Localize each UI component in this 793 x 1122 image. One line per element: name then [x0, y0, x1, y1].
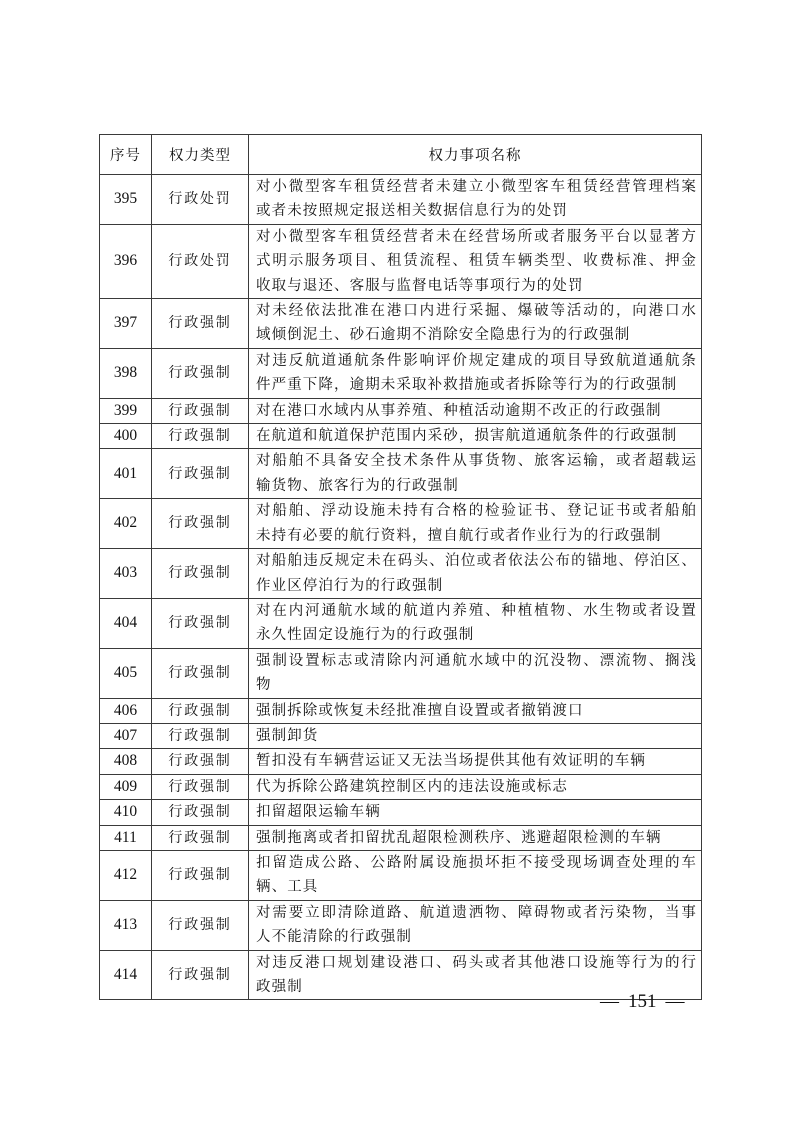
- cell-power-type: 行政强制: [152, 598, 249, 648]
- power-items-table-container: 序号 权力类型 权力事项名称 395 行政处罚 对小微型客车租赁经营者未建立小微…: [99, 134, 701, 1000]
- cell-item-name: 对小微型客车租赁经营者未建立小微型客车租赁经营管理档案 或者未按照规定报送相关数…: [249, 175, 702, 225]
- cell-item-name: 对违反航道通航条件影响评价规定建成的项目导致航道通航条 件严重下降，逾期未采取补…: [249, 348, 702, 398]
- cell-power-type: 行政强制: [152, 950, 249, 1000]
- item-name-line: 式明示服务项目、租赁流程、租赁车辆类型、收费标准、押金: [256, 249, 697, 273]
- item-name-line: 强制设置标志或清除内河通航水域中的沉没物、漂流物、搁浅: [256, 649, 697, 673]
- cell-number: 414: [100, 950, 152, 1000]
- item-name-line: 物: [256, 673, 697, 697]
- item-name-line: 域倾倒泥土、砂石逾期不消除安全隐患行为的行政强制: [256, 323, 697, 347]
- cell-item-name: 对小微型客车租赁经营者未在经营场所或者服务平台以显著方 式明示服务项目、租赁流程…: [249, 224, 702, 298]
- cell-power-type: 行政强制: [152, 825, 249, 850]
- table-row: 410 行政强制 扣留超限运输车辆: [100, 800, 702, 825]
- cell-number: 400: [100, 424, 152, 449]
- cell-power-type: 行政强制: [152, 648, 249, 698]
- table-row: 411 行政强制 强制拖离或者扣留扰乱超限检测秩序、逃避超限检测的车辆: [100, 825, 702, 850]
- cell-number: 404: [100, 598, 152, 648]
- item-name-line: 永久性固定设施行为的行政强制: [256, 623, 697, 647]
- cell-power-type: 行政强制: [152, 723, 249, 748]
- power-items-table: 序号 权力类型 权力事项名称 395 行政处罚 对小微型客车租赁经营者未建立小微…: [99, 134, 702, 1000]
- item-name-line: 对违反航道通航条件影响评价规定建成的项目导致航道通航条: [256, 349, 697, 373]
- table-row: 400 行政强制 在航道和航道保护范围内采砂，损害航道通航条件的行政强制: [100, 424, 702, 449]
- cell-item-name: 强制卸货: [249, 723, 702, 748]
- table-row: 399 行政强制 对在港口水域内从事养殖、种植活动逾期不改正的行政强制: [100, 398, 702, 423]
- header-power-type: 权力类型: [152, 135, 249, 175]
- cell-power-type: 行政强制: [152, 449, 249, 499]
- cell-number: 413: [100, 900, 152, 950]
- item-name-line: 辆、工具: [256, 875, 697, 899]
- cell-number: 403: [100, 549, 152, 599]
- cell-item-name: 对船舶违反规定未在码头、泊位或者依法公布的锚地、停泊区、 作业区停泊行为的行政强…: [249, 549, 702, 599]
- cell-power-type: 行政强制: [152, 549, 249, 599]
- item-name-line: 在航道和航道保护范围内采砂，损害航道通航条件的行政强制: [256, 424, 697, 448]
- page-number-footer: —151—: [600, 990, 685, 1014]
- table-row: 403 行政强制 对船舶违反规定未在码头、泊位或者依法公布的锚地、停泊区、 作业…: [100, 549, 702, 599]
- table-row: 402 行政强制 对船舶、浮动设施未持有合格的检验证书、登记证书或者船舶 未持有…: [100, 499, 702, 549]
- table-row: 412 行政强制 扣留造成公路、公路附属设施损坏拒不接受现场调查处理的车 辆、工…: [100, 850, 702, 900]
- table-row: 413 行政强制 对需要立即清除道路、航道遗洒物、障碍物或者污染物，当事 人不能…: [100, 900, 702, 950]
- cell-number: 406: [100, 698, 152, 723]
- table-row: 409 行政强制 代为拆除公路建筑控制区内的违法设施或标志: [100, 774, 702, 799]
- cell-number: 396: [100, 224, 152, 298]
- cell-power-type: 行政强制: [152, 398, 249, 423]
- cell-number: 401: [100, 449, 152, 499]
- cell-power-type: 行政强制: [152, 424, 249, 449]
- table-header-row: 序号 权力类型 权力事项名称: [100, 135, 702, 175]
- item-name-line: 对需要立即清除道路、航道遗洒物、障碍物或者污染物，当事: [256, 901, 697, 925]
- cell-item-name: 对船舶、浮动设施未持有合格的检验证书、登记证书或者船舶 未持有必要的航行资料，擅…: [249, 499, 702, 549]
- page-number-left-dash: —: [600, 991, 619, 1012]
- item-name-line: 对未经依法批准在港口内进行采掘、爆破等活动的，向港口水: [256, 299, 697, 323]
- table-row: 397 行政强制 对未经依法批准在港口内进行采掘、爆破等活动的，向港口水 域倾倒…: [100, 299, 702, 349]
- cell-item-name: 强制拆除或恢复未经批准擅自设置或者撤销渡口: [249, 698, 702, 723]
- page-number: 151: [628, 991, 657, 1012]
- cell-power-type: 行政处罚: [152, 175, 249, 225]
- item-name-line: 对违反港口规划建设港口、码头或者其他港口设施等行为的行: [256, 951, 697, 975]
- cell-number: 412: [100, 850, 152, 900]
- table-row: 395 行政处罚 对小微型客车租赁经营者未建立小微型客车租赁经营管理档案 或者未…: [100, 175, 702, 225]
- cell-item-name: 在航道和航道保护范围内采砂，损害航道通航条件的行政强制: [249, 424, 702, 449]
- cell-item-name: 对未经依法批准在港口内进行采掘、爆破等活动的，向港口水 域倾倒泥土、砂石逾期不消…: [249, 299, 702, 349]
- table-row: 404 行政强制 对在内河通航水域的航道内养殖、种植植物、水生物或者设置 永久性…: [100, 598, 702, 648]
- cell-power-type: 行政强制: [152, 698, 249, 723]
- cell-item-name: 暂扣没有车辆营运证又无法当场提供其他有效证明的车辆: [249, 749, 702, 774]
- cell-number: 402: [100, 499, 152, 549]
- item-name-line: 暂扣没有车辆营运证又无法当场提供其他有效证明的车辆: [256, 749, 697, 773]
- table-row: 406 行政强制 强制拆除或恢复未经批准擅自设置或者撤销渡口: [100, 698, 702, 723]
- item-name-line: 代为拆除公路建筑控制区内的违法设施或标志: [256, 775, 697, 799]
- item-name-line: 未持有必要的航行资料，擅自航行或者作业行为的行政强制: [256, 524, 697, 548]
- table-row: 405 行政强制 强制设置标志或清除内河通航水域中的沉没物、漂流物、搁浅 物: [100, 648, 702, 698]
- cell-power-type: 行政强制: [152, 900, 249, 950]
- cell-item-name: 强制设置标志或清除内河通航水域中的沉没物、漂流物、搁浅 物: [249, 648, 702, 698]
- cell-number: 410: [100, 800, 152, 825]
- table-row: 398 行政强制 对违反航道通航条件影响评价规定建成的项目导致航道通航条 件严重…: [100, 348, 702, 398]
- cell-item-name: 对需要立即清除道路、航道遗洒物、障碍物或者污染物，当事 人不能清除的行政强制: [249, 900, 702, 950]
- item-name-line: 对船舶不具备安全技术条件从事货物、旅客运输，或者超载运: [256, 449, 697, 473]
- cell-power-type: 行政强制: [152, 800, 249, 825]
- table-row: 407 行政强制 强制卸货: [100, 723, 702, 748]
- item-name-line: 强制卸货: [256, 724, 697, 748]
- cell-number: 395: [100, 175, 152, 225]
- item-name-line: 对船舶违反规定未在码头、泊位或者依法公布的锚地、停泊区、: [256, 549, 697, 573]
- cell-power-type: 行政处罚: [152, 224, 249, 298]
- cell-power-type: 行政强制: [152, 850, 249, 900]
- item-name-line: 件严重下降，逾期未采取补救措施或者拆除等行为的行政强制: [256, 373, 697, 397]
- item-name-line: 作业区停泊行为的行政强制: [256, 574, 697, 598]
- header-item-name: 权力事项名称: [249, 135, 702, 175]
- table-row: 396 行政处罚 对小微型客车租赁经营者未在经营场所或者服务平台以显著方 式明示…: [100, 224, 702, 298]
- item-name-line: 强制拆除或恢复未经批准擅自设置或者撤销渡口: [256, 699, 697, 723]
- item-name-line: 输货物、旅客行为的行政强制: [256, 474, 697, 498]
- item-name-line: 强制拖离或者扣留扰乱超限检测秩序、逃避超限检测的车辆: [256, 826, 697, 850]
- cell-item-name: 代为拆除公路建筑控制区内的违法设施或标志: [249, 774, 702, 799]
- cell-item-name: 扣留造成公路、公路附属设施损坏拒不接受现场调查处理的车 辆、工具: [249, 850, 702, 900]
- cell-number: 397: [100, 299, 152, 349]
- cell-number: 408: [100, 749, 152, 774]
- page-number-right-dash: —: [666, 991, 685, 1012]
- cell-item-name: 对船舶不具备安全技术条件从事货物、旅客运输，或者超载运 输货物、旅客行为的行政强…: [249, 449, 702, 499]
- cell-number: 399: [100, 398, 152, 423]
- item-name-line: 对船舶、浮动设施未持有合格的检验证书、登记证书或者船舶: [256, 499, 697, 523]
- cell-power-type: 行政强制: [152, 299, 249, 349]
- cell-number: 411: [100, 825, 152, 850]
- cell-number: 398: [100, 348, 152, 398]
- cell-power-type: 行政强制: [152, 499, 249, 549]
- item-name-line: 收取与退还、客服与监督电话等事项行为的处罚: [256, 274, 697, 298]
- item-name-line: 扣留造成公路、公路附属设施损坏拒不接受现场调查处理的车: [256, 851, 697, 875]
- item-name-line: 对在港口水域内从事养殖、种植活动逾期不改正的行政强制: [256, 399, 697, 423]
- item-name-line: 或者未按照规定报送相关数据信息行为的处罚: [256, 199, 697, 223]
- cell-item-name: 对在港口水域内从事养殖、种植活动逾期不改正的行政强制: [249, 398, 702, 423]
- table-row: 401 行政强制 对船舶不具备安全技术条件从事货物、旅客运输，或者超载运 输货物…: [100, 449, 702, 499]
- cell-power-type: 行政强制: [152, 348, 249, 398]
- cell-number: 409: [100, 774, 152, 799]
- item-name-line: 扣留超限运输车辆: [256, 800, 697, 824]
- cell-number: 407: [100, 723, 152, 748]
- cell-item-name: 强制拖离或者扣留扰乱超限检测秩序、逃避超限检测的车辆: [249, 825, 702, 850]
- item-name-line: 对在内河通航水域的航道内养殖、种植植物、水生物或者设置: [256, 599, 697, 623]
- item-name-line: 人不能清除的行政强制: [256, 925, 697, 949]
- cell-item-name: 对在内河通航水域的航道内养殖、种植植物、水生物或者设置 永久性固定设施行为的行政…: [249, 598, 702, 648]
- cell-number: 405: [100, 648, 152, 698]
- cell-power-type: 行政强制: [152, 774, 249, 799]
- cell-item-name: 扣留超限运输车辆: [249, 800, 702, 825]
- item-name-line: 对小微型客车租赁经营者未建立小微型客车租赁经营管理档案: [256, 175, 697, 199]
- table-row: 408 行政强制 暂扣没有车辆营运证又无法当场提供其他有效证明的车辆: [100, 749, 702, 774]
- cell-power-type: 行政强制: [152, 749, 249, 774]
- header-serial-number: 序号: [100, 135, 152, 175]
- item-name-line: 对小微型客车租赁经营者未在经营场所或者服务平台以显著方: [256, 225, 697, 249]
